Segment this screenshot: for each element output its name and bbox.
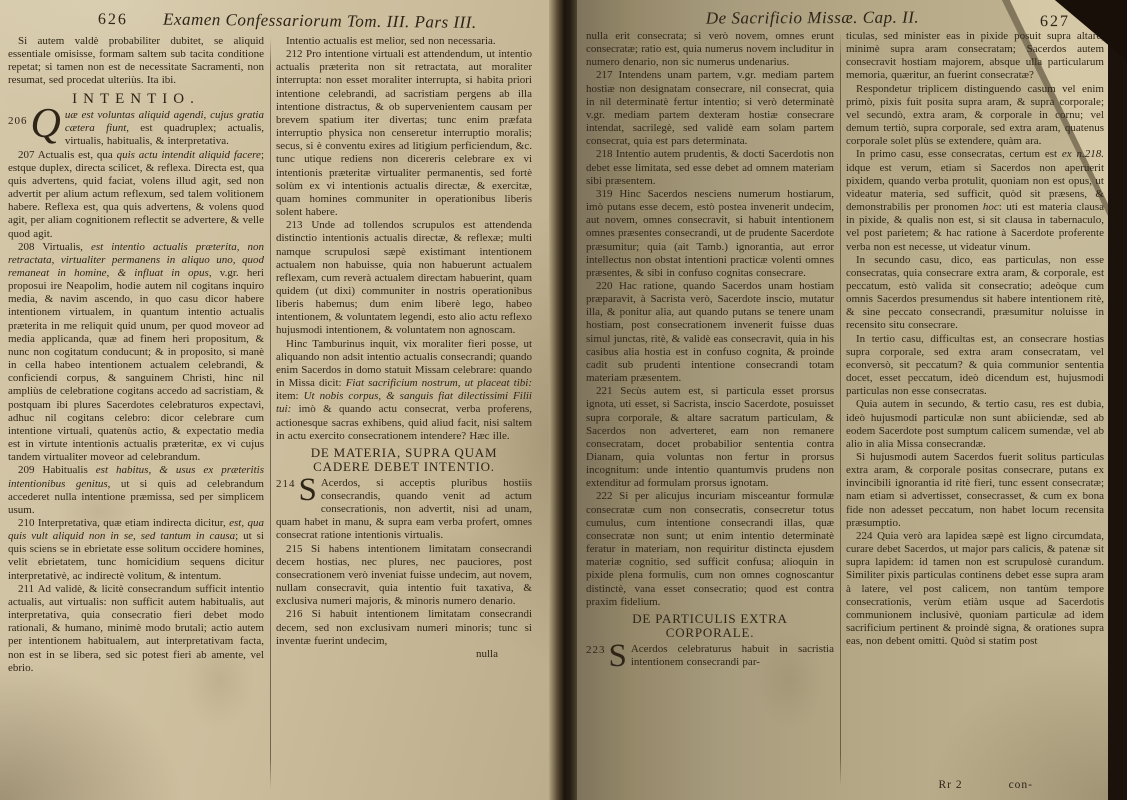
paragraph: Si autem valdè probabiliter dubitet, se … <box>8 35 264 88</box>
binding-gutter <box>549 0 577 800</box>
paragraph: 206Quæ est voluntas aliquid agendi, cuju… <box>8 109 264 148</box>
paragraph: 222 Si per alicujus incuriam misceantur … <box>586 490 834 608</box>
paragraph: 214SAcerdos, si acceptis pluribus hostii… <box>276 477 532 543</box>
paragraph: 218 Intentio autem prudentis, & docti Sa… <box>586 148 834 187</box>
paragraph: ticulas, sed minister eas in pixide posu… <box>846 30 1104 83</box>
section-heading: DE MATERIA, SUPRA QUAM CADERE DEBET INTE… <box>282 446 526 475</box>
catchword: nulla <box>276 648 532 661</box>
paragraph: 212 Pro intentione virtuali est attenden… <box>276 48 532 219</box>
left-column-1: Si autem valdè probabiliter dubitet, se … <box>8 35 264 795</box>
column-rule <box>840 32 841 786</box>
paragraph: In secundo casu, dico, eas particulas, n… <box>846 254 1104 333</box>
paragraph: 208 Virtualis, est intentio actualis præ… <box>8 241 264 465</box>
drop-cap: 206Q <box>8 110 61 141</box>
paragraph: In primo casu, esse consecratas, certum … <box>846 148 1104 253</box>
paragraph: 213 Unde ad tollendos scrupulos est atte… <box>276 219 532 337</box>
left-column-2: Intentio actualis est melior, sed non ne… <box>276 35 532 795</box>
paragraph: 207 Actualis est, qua quis actu intendit… <box>8 149 264 241</box>
paragraph: 209 Habitualis est habitus, & usus ex pr… <box>8 464 264 517</box>
right-page-number: 627 <box>1040 13 1070 31</box>
paragraph: 224 Quia verò ara lapidea sæpè est ligno… <box>846 530 1104 648</box>
paragraph: Si hujusmodi autem Sacerdos fuerit solit… <box>846 451 1104 530</box>
book-scan: 626 Examen Confessariorum Tom. III. Pars… <box>0 0 1127 800</box>
paragraph: In tertio casu, difficultas est, an cons… <box>846 333 1104 399</box>
right-column-1: nulla erit consecrata; si verò novem, om… <box>586 30 834 792</box>
right-page-header: 627 De Sacrificio Missæ. Cap. II. <box>587 7 1098 29</box>
paragraph: Respondetur triplicem distinguendo casum… <box>846 83 1104 149</box>
left-text-block: Si autem valdè probabiliter dubitet, se … <box>8 35 544 795</box>
paragraph: nulla erit consecrata; si verò novem, om… <box>586 30 834 69</box>
paragraph: 319 Hinc Sacerdos nesciens numerum hosti… <box>586 188 834 280</box>
paragraph: 221 Secùs autem est, si particula esset … <box>586 385 834 490</box>
paragraph: 210 Interpretativa, quæ etiam indirecta … <box>8 517 264 583</box>
column-rule <box>270 37 271 789</box>
drop-cap: 223S <box>586 644 627 670</box>
paragraph: 217 Intendens unam partem, v.gr. mediam … <box>586 69 834 148</box>
paragraph: Intentio actualis est melior, sed non ne… <box>276 35 532 48</box>
right-running-title: De Sacrificio Missæ. Cap. II. <box>587 7 1098 29</box>
signature-line: Rr 2 con- <box>577 779 1089 791</box>
right-text-block: nulla erit consecrata; si verò novem, om… <box>586 30 1106 792</box>
left-page-number: 626 <box>98 11 128 29</box>
paragraph: Quia autem in secundo, & tertio casu, re… <box>846 398 1104 451</box>
paragraph: 220 Hac ratione, quando Sacerdos unam ho… <box>586 280 834 385</box>
gathering-signature: Rr 2 <box>938 779 962 791</box>
drop-cap: 214S <box>276 478 317 504</box>
paragraph: 211 Ad validè, & licitè consecrandum suf… <box>8 583 264 675</box>
paragraph: Hinc Tamburinus inquit, vix moraliter fi… <box>276 338 532 443</box>
section-heading: DE PARTICULIS EXTRA CORPORALE. <box>592 612 828 641</box>
paragraph: 216 Si habuit intentionem limitatam cons… <box>276 608 532 647</box>
right-column-2: ticulas, sed minister eas in pixide posu… <box>846 30 1104 792</box>
paragraph: 215 Si habens intentionem limitatam cons… <box>276 543 532 609</box>
paragraph: 223SAcerdos celebraturus habuit in sacri… <box>586 643 834 669</box>
catchword: con- <box>1009 779 1033 791</box>
